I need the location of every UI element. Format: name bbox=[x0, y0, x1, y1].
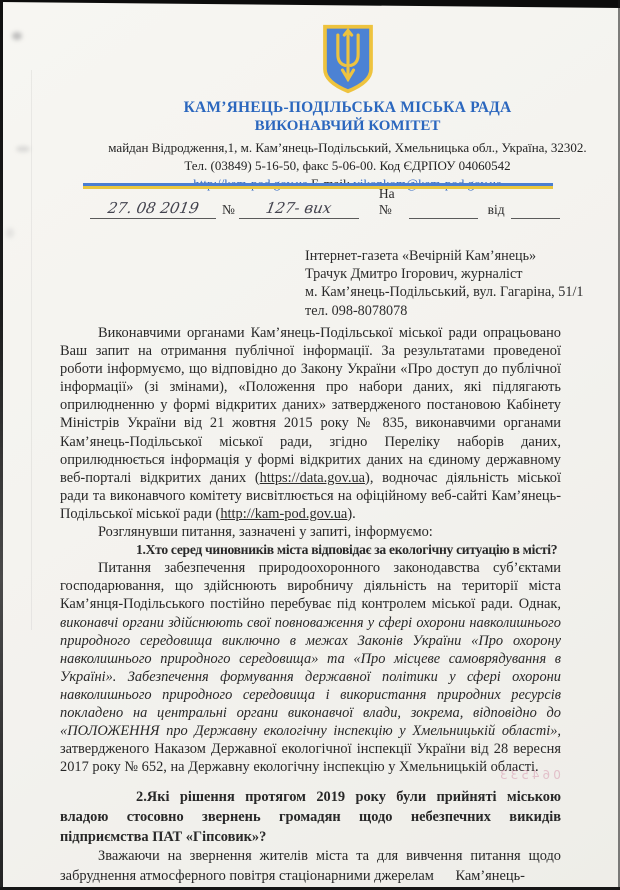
organization-phone: Тел. (03849) 5-16-50, факс 5-06-00. Код … bbox=[75, 158, 620, 174]
handwritten-number: 127- вих bbox=[265, 199, 334, 217]
answer-1-italic-text: виконавчі органи здійснюють свої повнова… bbox=[60, 615, 561, 740]
scan-fold-line bbox=[31, 70, 32, 630]
separator-yellow-stripe bbox=[83, 186, 553, 189]
paragraph-intro-text: Виконавчими органами Кам’янець-Подільськ… bbox=[60, 325, 561, 486]
organization-address: майдан Відродження,1, м. Кам’янець-Поділ… bbox=[75, 140, 620, 156]
scan-edge-left bbox=[0, 0, 3, 890]
recipient-line: Трачук Дмитро Ігорович, журналіст bbox=[305, 265, 585, 283]
organization-subname: ВИКОНАВЧИЙ КОМІТЕТ bbox=[75, 118, 620, 135]
outgoing-date-field: 27. 08 2019 bbox=[90, 199, 216, 219]
answer-1-text: Питання забезпечення природоохоронного з… bbox=[60, 560, 561, 612]
question-2-number: 2. bbox=[98, 788, 147, 808]
answer-1-text: затвердженого Наказом Державної екологіч… bbox=[60, 741, 561, 775]
incoming-date-blank bbox=[511, 218, 560, 219]
incoming-number-blank bbox=[409, 218, 478, 219]
letterhead-separator bbox=[83, 183, 553, 189]
paragraph-transition: Розглянувши питання, зазначені у запиті,… bbox=[60, 523, 561, 541]
paragraph-final: Зважаючи на звернення жителів міста та д… bbox=[60, 847, 561, 886]
question-1-text: Хто серед чиновників міста відповідає за… bbox=[146, 542, 558, 557]
question-1-number: 1. bbox=[98, 541, 146, 559]
answer-1-paragraph: Питання забезпечення природоохоронного з… bbox=[60, 559, 561, 776]
reference-line: 27. 08 2019 № 127- вих На № від bbox=[90, 195, 560, 219]
incoming-date-label: від bbox=[488, 202, 505, 218]
letterhead: КАМ’ЯНЕЦЬ-ПОДІЛЬСЬКА МІСЬКА РАДА ВИКОНАВ… bbox=[75, 24, 620, 192]
handwritten-date: 27. 08 2019 bbox=[106, 199, 200, 217]
recipient-line: Інтернет-газета «Вечірній Кам’янець» bbox=[305, 247, 585, 265]
recipient-line: тел. 098-8078078 bbox=[305, 302, 585, 320]
incoming-number-label: На № bbox=[379, 186, 403, 218]
city-site-link[interactable]: http://kam-pod.gov.ua bbox=[220, 506, 347, 522]
scanned-letter-page: КАМ’ЯНЕЦЬ-ПОДІЛЬСЬКА МІСЬКА РАДА ВИКОНАВ… bbox=[0, 0, 620, 890]
scan-smudge bbox=[6, 228, 14, 238]
letter-body: Виконавчими органами Кам’янець-Подільськ… bbox=[60, 324, 561, 886]
coat-of-arms-icon bbox=[320, 24, 376, 94]
bleedthrough-number: 064533 bbox=[497, 768, 561, 782]
data-portal-link[interactable]: https://data.gov.ua bbox=[260, 470, 365, 486]
number-sign-label: № bbox=[222, 202, 235, 218]
organization-name: КАМ’ЯНЕЦЬ-ПОДІЛЬСЬКА МІСЬКА РАДА bbox=[75, 99, 620, 117]
question-1-heading: 1.Хто серед чиновників міста відповідає … bbox=[60, 541, 561, 559]
recipient-block: Інтернет-газета «Вечірній Кам’янець» Тра… bbox=[305, 247, 585, 320]
scan-edge-top bbox=[0, 0, 620, 8]
outgoing-number-field: 127- вих bbox=[239, 199, 359, 219]
paragraph-intro-text: ). bbox=[347, 506, 355, 522]
paragraph-intro: Виконавчими органами Кам’янець-Подільськ… bbox=[60, 324, 561, 523]
scan-smudge bbox=[12, 32, 22, 40]
question-2-heading: 2.Які рішення протягом 2019 року були пр… bbox=[60, 788, 561, 847]
recipient-line: м. Кам’янець-Подільський, вул. Гагаріна,… bbox=[305, 283, 585, 301]
scan-smudge bbox=[16, 146, 30, 152]
